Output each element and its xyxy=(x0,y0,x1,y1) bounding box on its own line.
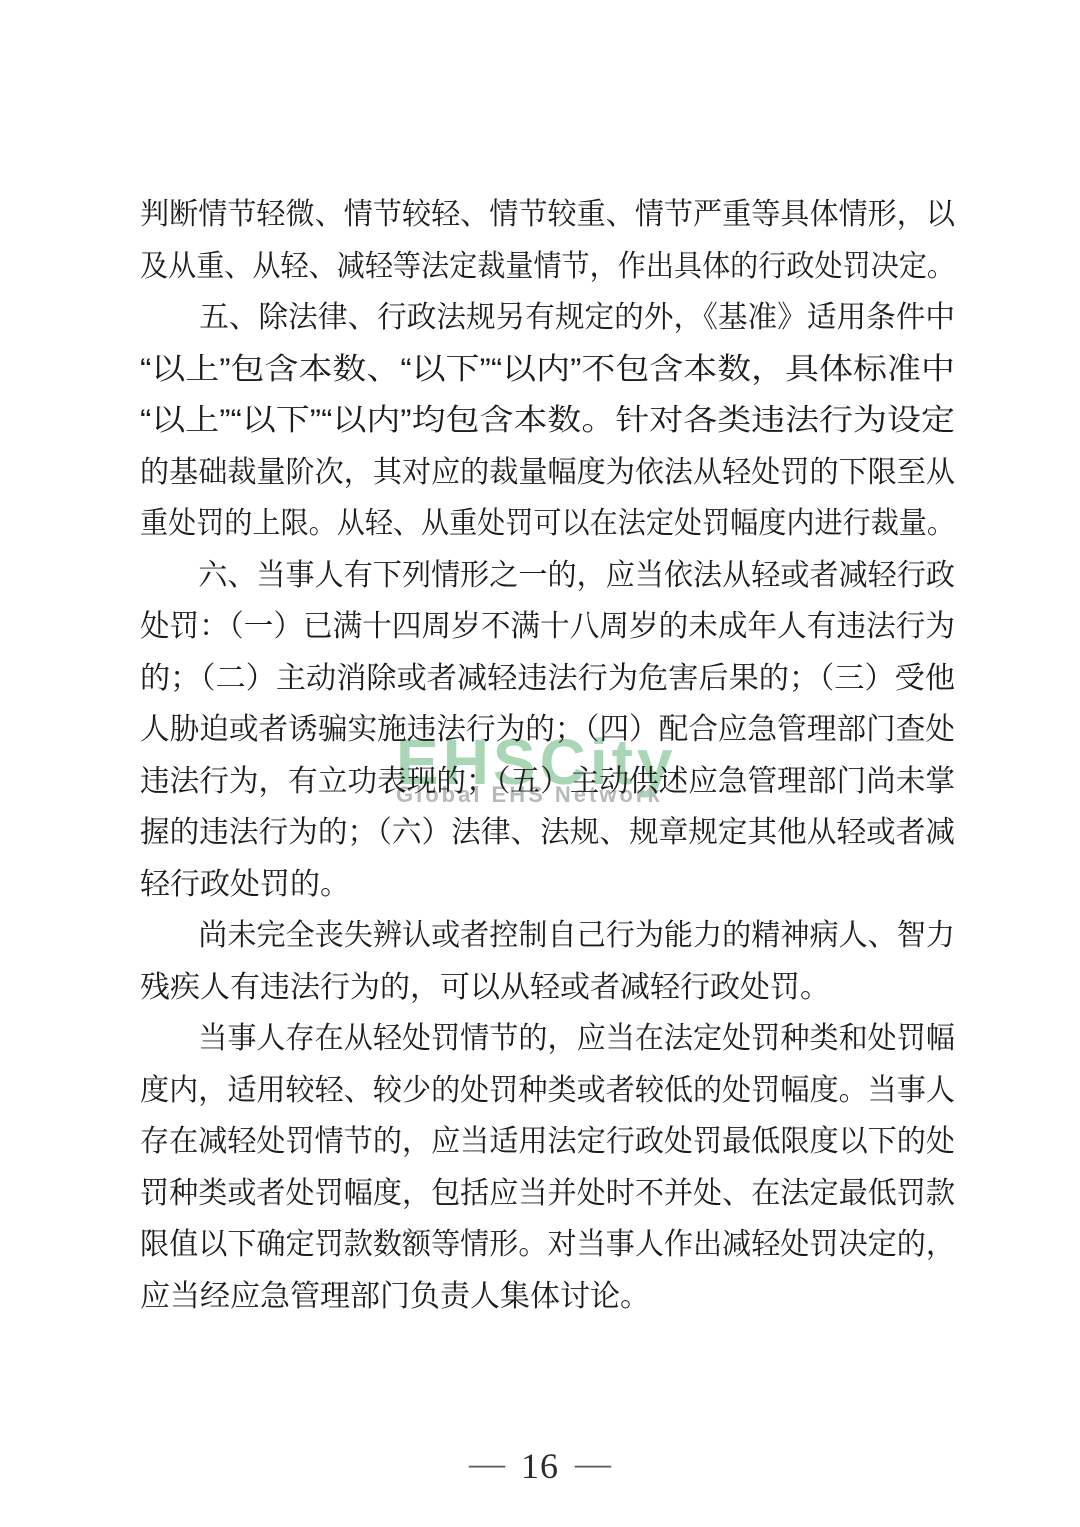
text-line: 及从重、从轻、减轻等法定裁量情节，作出具体的行政处罚决定。 xyxy=(140,241,955,293)
footer-dash-left: — xyxy=(469,1443,505,1483)
text-line: 处罚：（一）已满十四周岁不满十八周岁的未成年人有违法行为 xyxy=(140,601,955,653)
text-line: 六、当事人有下列情形之一的，应当依法从轻或者减轻行政 xyxy=(140,550,955,602)
text-line: 应当经应急管理部门负责人集体讨论。 xyxy=(140,1271,955,1323)
text-line: 度内，适用较轻、较少的处罚种类或者较低的处罚幅度。当事人 xyxy=(140,1065,955,1117)
text-line: 违法行为，有立功表现的；（五）主动供述应急管理部门尚未掌 xyxy=(140,756,955,808)
text-line: 罚种类或者处罚幅度，包括应当并处时不并处、在法定最低罚款 xyxy=(140,1168,955,1220)
text-line: 人胁迫或者诱骗实施违法行为的；（四）配合应急管理部门查处 xyxy=(140,704,955,756)
text-line: “以上”包含本数、“以下”“以内”不包含本数，具体标准中 xyxy=(140,344,955,396)
text-line: 五、除法律、行政法规另有规定的外，《基准》适用条件中 xyxy=(140,292,955,344)
text-line: 限值以下确定罚款数额等情形。对当事人作出减轻处罚决定的， xyxy=(140,1219,955,1271)
page-footer: —16— xyxy=(0,1446,1080,1486)
text-line: 的；（二）主动消除或者减轻违法行为危害后果的；（三）受他 xyxy=(140,653,955,705)
text-line: 残疾人有违法行为的，可以从轻或者减轻行政处罚。 xyxy=(140,962,955,1014)
text-line: 判断情节轻微、情节较轻、情节较重、情节严重等具体情形，以 xyxy=(140,189,955,241)
footer-dash-right: — xyxy=(575,1443,611,1483)
document-body: 判断情节轻微、情节较轻、情节较重、情节严重等具体情形，以及从重、从轻、减轻等法定… xyxy=(140,189,955,1322)
document-page: EHSCity Global EHS Network 判断情节轻微、情节较轻、情… xyxy=(0,0,1080,1527)
text-line: 轻行政处罚的。 xyxy=(140,859,955,911)
text-line: 的基础裁量阶次，其对应的裁量幅度为依法从轻处罚的下限至从 xyxy=(140,447,955,499)
text-line: 当事人存在从轻处罚情节的，应当在法定处罚种类和处罚幅 xyxy=(140,1013,955,1065)
page-number: 16 xyxy=(521,1446,559,1486)
text-line: 存在减轻处罚情节的，应当适用法定行政处罚最低限度以下的处 xyxy=(140,1116,955,1168)
text-line: “以上”“以下”“以内”均包含本数。针对各类违法行为设定 xyxy=(140,395,955,447)
text-line: 重处罚的上限。从轻、从重处罚可以在法定处罚幅度内进行裁量。 xyxy=(140,498,955,550)
text-line: 握的违法行为的；（六）法律、法规、规章规定其他从轻或者减 xyxy=(140,807,955,859)
text-line: 尚未完全丧失辨认或者控制自己行为能力的精神病人、智力 xyxy=(140,910,955,962)
